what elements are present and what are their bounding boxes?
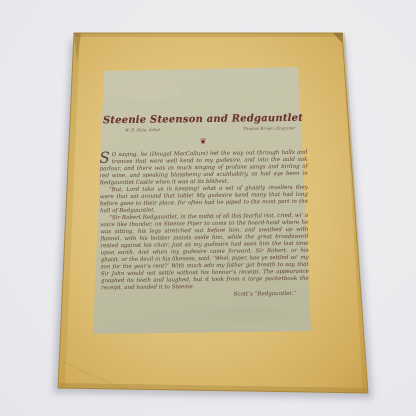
caption-paragraph-1: SO saying, he (Dougal MacCallum) led the… <box>99 149 307 187</box>
source-attribution: Scott’s “Redgauntlet.” <box>101 290 309 300</box>
engraver-credit: Thomas Brown, Engraver <box>243 126 295 131</box>
caption-paragraph-3: “Sir Robert Redgauntlet, in the midst of… <box>100 212 309 292</box>
photo-background: Steenie Steenson and Redgauntlet W. B. H… <box>0 0 416 416</box>
artist-credit: W. B. Hole, Artist <box>125 128 160 133</box>
caption-paragraph-2: “But, Lord take us in keeping! what a se… <box>100 184 308 215</box>
caption-paragraph-1-text: O saying, he (Dougal MacCallum) led the … <box>100 149 308 186</box>
paper-blotch <box>118 83 182 101</box>
page-edge-top <box>74 33 342 37</box>
credit-line: W. B. Hole, Artist Thomas Brown, Engrave… <box>99 126 307 135</box>
page-title: Steenie Steenson and Redgauntlet <box>99 113 307 127</box>
paper-blotch <box>210 307 290 323</box>
caption-text: SO saying, he (Dougal MacCallum) led the… <box>99 149 309 304</box>
printer-ornament-icon: ❦ <box>99 136 307 148</box>
printed-caption-block: Steenie Steenson and Redgauntlet W. B. H… <box>99 103 309 304</box>
drop-cap: S <box>99 152 109 165</box>
